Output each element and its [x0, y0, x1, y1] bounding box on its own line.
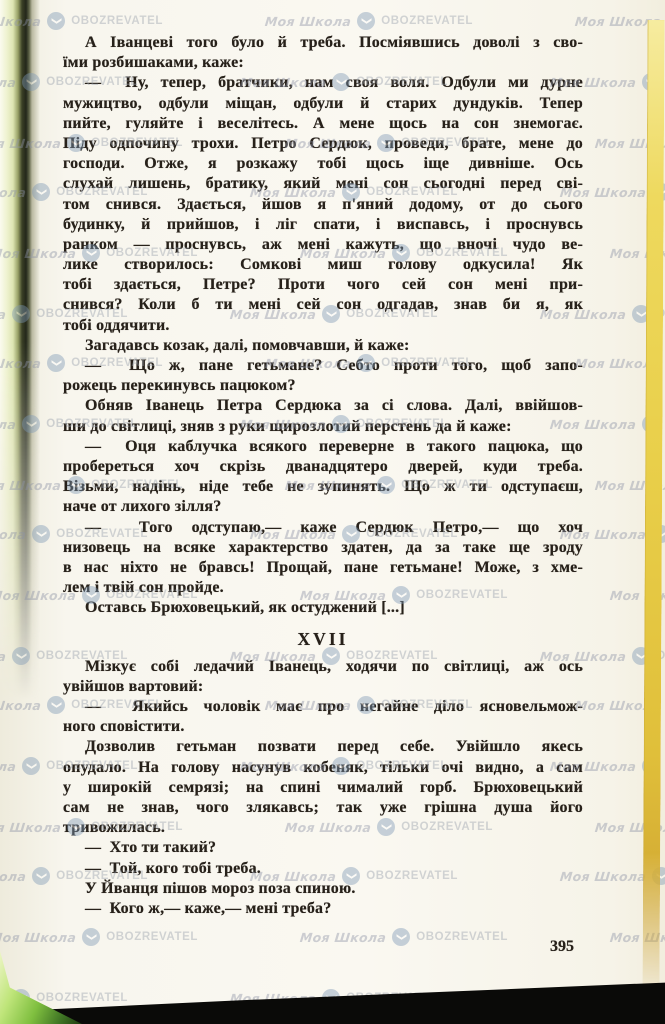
text-line: Мізкує собі ледачий Іванець, ходячи по с… [63, 657, 583, 677]
paragraph: Оставсь Брюховецький, як остуджений [...… [63, 598, 583, 618]
text-line: пийте, гуляйте і веселітесь. А мене щось… [63, 114, 583, 134]
text-line: — Той, кого тобі треба. [63, 859, 583, 879]
text-line: ши до світлиці, зняв з руки щирозлотий п… [63, 417, 583, 437]
text-line: у широкій семрязі; на спині чималий горб… [63, 778, 583, 798]
text-line: наче от лихого зілля? [63, 497, 583, 517]
paragraph: — Оця каблучка всякого переверне в таког… [63, 437, 583, 518]
paragraph: — Ну, тепер, братчики, нам своя воля. Од… [63, 73, 583, 335]
text-line: лем і твій сон пройде. [63, 578, 583, 598]
paragraph: У Йванця пішов мороз поза спиною. [63, 879, 583, 899]
text-line: лике створилось: Сомкові миш голову одку… [63, 255, 583, 275]
text-line: — Що ж, пане гетьмане? Себто проти того,… [63, 356, 583, 376]
text-line: ранком — проснувсь, аж мені кажуть, що в… [63, 235, 583, 255]
text-line: їми розбишаками, каже: [63, 53, 583, 73]
text-line: Піду одпочину трохи. Петро Сердюк, прове… [63, 134, 583, 154]
text-line: господи. Отже, я розкажу тобі щось іще д… [63, 154, 583, 174]
text-line: в нас ніхто не бравсь! Прощай, пане геть… [63, 558, 583, 578]
paragraph: Обняв Іванець Петра Сердюка за сі слова.… [63, 396, 583, 436]
text-line: ного сповістити. [63, 717, 583, 737]
paragraph: — Хто ти такий? [63, 838, 583, 858]
paragraph: Загадавсь козак, далі, помовчавши, й каж… [63, 336, 583, 356]
book-spine-shadow [0, 0, 40, 760]
text-line: сам не знав, чого злякавсь; так уже гріш… [63, 798, 583, 818]
text-line: Загадавсь козак, далі, помовчавши, й каж… [63, 336, 583, 356]
paragraph: А Іванцеві того було й треба. Посміявшис… [63, 33, 583, 73]
paragraph: Дозволив гетьман позвати перед себе. Уві… [63, 737, 583, 838]
text-block: А Іванцеві того було й треба. Посміявшис… [63, 33, 583, 919]
text-line: мужицтво, одбули міщан, одбули й старих … [63, 94, 583, 114]
paragraph: — Кого ж,— каже,— мені треба? [63, 899, 583, 919]
text-line: низовець на всяке характерство здатен, д… [63, 538, 583, 558]
text-line: тобі здається, Петре? Проти чого сей сон… [63, 275, 583, 295]
text-line: Оставсь Брюховецький, як остуджений [...… [63, 598, 583, 618]
text-line: рожець перекинувсь пацюком? [63, 376, 583, 396]
chapter-heading: XVII [63, 629, 583, 649]
text-line: пробереться хоч скрізь дванадцятеро двер… [63, 457, 583, 477]
text-line: опудало. На голову насунув кобеняк, тіль… [63, 758, 583, 778]
text-line: увійшов вартовий: [63, 677, 583, 697]
text-line: — Хто ти такий? [63, 838, 583, 858]
paragraph: — Якийсь чоловік має про негайне діло яс… [63, 697, 583, 737]
text-line: Дозволив гетьман позвати перед себе. Уві… [63, 737, 583, 757]
text-line: — Того одступаю,— каже Сердюк Петро,— що… [63, 518, 583, 538]
paragraph: — Що ж, пане гетьмане? Себто проти того,… [63, 356, 583, 396]
scanned-book-page: { "page": { "number": "395", "blocks": [… [0, 0, 665, 1024]
page-number: 395 [528, 938, 574, 956]
text-line: У Йванця пішов мороз поза спиною. [63, 879, 583, 899]
text-line: слухай лишень, братику, який мені сон сь… [63, 174, 583, 194]
text-line: Візьми, надінь, ніде тебе не зупинять. Щ… [63, 477, 583, 497]
text-line: А Іванцеві того було й треба. Посміявшис… [63, 33, 583, 53]
text-line: тобі оддячити. [63, 316, 583, 336]
text-line: тривожилась. [63, 818, 583, 838]
paragraph: — Того одступаю,— каже Сердюк Петро,— що… [63, 518, 583, 599]
text-line: — Якийсь чоловік має про негайне діло яс… [63, 697, 583, 717]
text-line: — Кого ж,— каже,— мені треба? [63, 899, 583, 919]
paragraph: — Той, кого тобі треба. [63, 859, 583, 879]
text-line: том снився. Здається, йшов я п'яний додо… [63, 195, 583, 215]
text-line: будинку, й прийшов, і ліг спати, і виспа… [63, 215, 583, 235]
text-line: снився? Коли б ти мені сей сон одгадав, … [63, 295, 583, 315]
text-line: Обняв Іванець Петра Сердюка за сі слова.… [63, 396, 583, 416]
paragraph: Мізкує собі ледачий Іванець, ходячи по с… [63, 657, 583, 697]
text-line: — Ну, тепер, братчики, нам своя воля. Од… [63, 73, 583, 93]
text-line: — Оця каблучка всякого переверне в таког… [63, 437, 583, 457]
